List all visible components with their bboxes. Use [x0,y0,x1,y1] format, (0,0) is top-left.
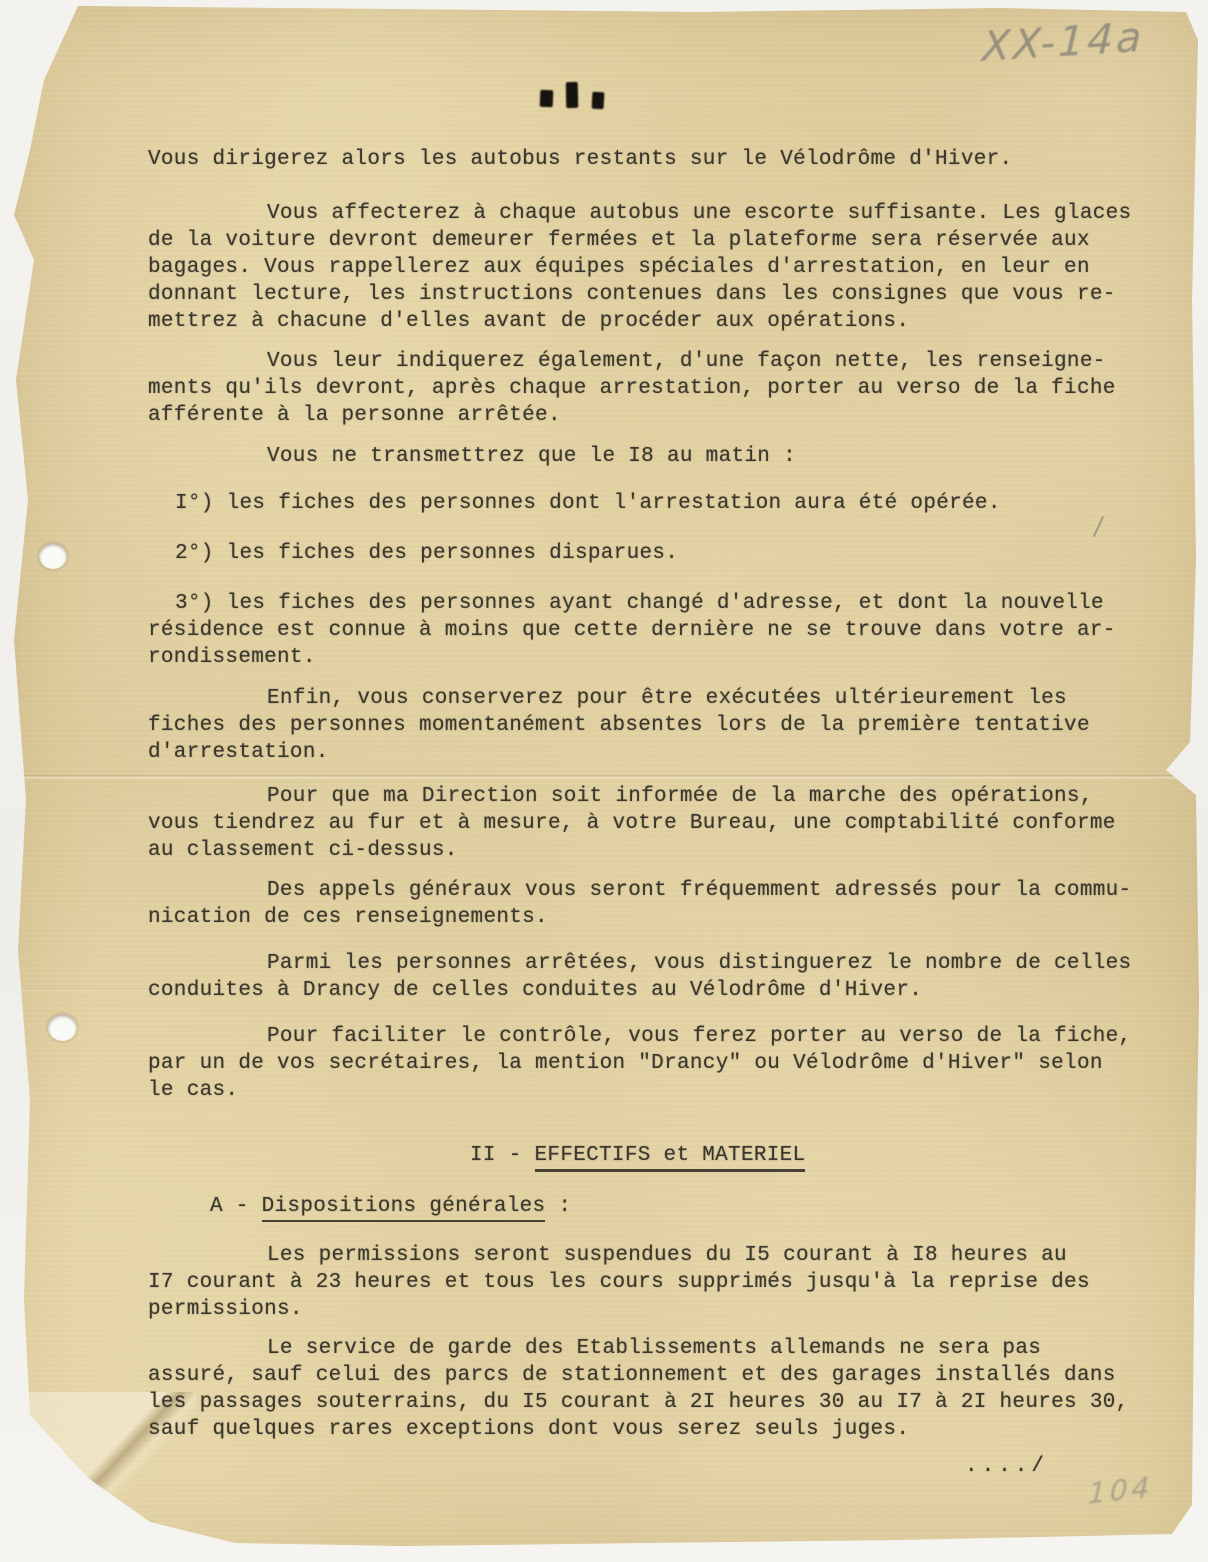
paragraph: Vous affecterez à chaque autobus une esc… [148,200,1158,335]
text-line: Parmi les personnes arrêtées, vous disti… [148,950,1158,977]
text-line: donnant lecture, les instructions conten… [148,281,1158,308]
ink-stamp-marks [538,82,618,116]
list-item: I°) les fiches des personnes dont l'arre… [148,490,1158,517]
text-line: Les permissions seront suspendues du I5 … [148,1242,1158,1269]
text-line: résidence est connue à moins que cette d… [148,617,1158,644]
paragraph: Le service de garde des Etablissements a… [148,1335,1158,1443]
continuation-mark: ..../ [148,1453,1158,1480]
text-line: mettrez à chacune d'elles avant de procé… [148,308,1158,335]
text-line: permissions. [148,1296,1158,1323]
heading-text: A - [210,1195,262,1218]
text-line: bagages. Vous rappellerez aux équipes sp… [148,254,1158,281]
text-line: les passages souterrains, du I5 courant … [148,1389,1158,1416]
text-line: d'arrestation. [148,739,1158,766]
text-line: Pour faciliter le contrôle, vous ferez p… [148,1023,1158,1050]
text-line: fiches des personnes momentanément absen… [148,712,1158,739]
text-line: afférente à la personne arrêtée. [148,402,1158,429]
text-line: de la voiture devront demeurer fermées e… [148,227,1158,254]
text-line: assuré, sauf celui des parcs de stationn… [148,1362,1158,1389]
text-line: Vous affecterez à chaque autobus une esc… [148,200,1158,227]
paragraph: Vous leur indiquerez également, d'une fa… [148,348,1158,429]
text-line: au classement ci-dessus. [148,837,1158,864]
paragraph: Les permissions seront suspendues du I5 … [148,1242,1158,1323]
list-item: 2°) les fiches des personnes disparues. [148,540,1158,567]
paragraph: Pour faciliter le contrôle, vous ferez p… [148,1023,1158,1104]
section-heading: II - EFFECTIFS et MATERIEL [148,1142,1158,1169]
text-line: le cas. [148,1077,1158,1104]
heading-underlined-text: Dispositions générales [262,1195,546,1222]
document-page: XX-14a / 104 Vous dirigerez alors les au… [0,0,1208,1562]
text-line: ments qu'ils devront, après chaque arres… [148,375,1158,402]
text-line: I°) les fiches des personnes dont l'arre… [148,490,1158,517]
paragraph: Parmi les personnes arrêtées, vous disti… [148,950,1158,1004]
text-line: rondissement. [148,644,1158,671]
text-line: Vous dirigerez alors les autobus restant… [148,146,1158,173]
archival-reference: XX-14a [981,13,1145,71]
text-line: I7 courant à 23 heures et tous les cours… [148,1269,1158,1296]
text-line: Vous leur indiquerez également, d'une fa… [148,348,1158,375]
heading-underlined-text: EFFECTIFS et MATERIEL [535,1144,806,1172]
text-line: ..../ [965,1453,1158,1480]
text-line: nication de ces renseignements. [148,904,1158,931]
text-line: Des appels généraux vous seront fréquemm… [148,877,1158,904]
text-line: conduites à Drancy de celles conduites a… [148,977,1158,1004]
text-line: Le service de garde des Etablissements a… [148,1335,1158,1362]
text-line: 3°) les fiches des personnes ayant chang… [148,590,1158,617]
paragraph: Vous ne transmettrez que le I8 au matin … [148,443,1158,470]
punch-hole-top [39,543,67,569]
heading-text: : [545,1195,571,1218]
typewritten-text-body: Vous dirigerez alors les autobus restant… [148,146,1158,1480]
text-line: Vous ne transmettrez que le I8 au matin … [148,443,1158,470]
text-line: Pour que ma Direction soit informée de l… [148,783,1158,810]
paragraph: Des appels généraux vous seront fréquemm… [148,877,1158,931]
heading-text: II - [470,1144,535,1167]
punch-hole-bottom [48,1014,77,1041]
subsection-heading: A - Dispositions générales : [148,1193,1158,1220]
text-line: vous tiendrez au fur et à mesure, à votr… [148,810,1158,837]
text-line: par un de vos secrétaires, la mention "D… [148,1050,1158,1077]
paragraph: Enfin, vous conserverez pour être exécut… [148,685,1158,766]
paragraph: Pour que ma Direction soit informée de l… [148,783,1158,864]
paragraph: Vous dirigerez alors les autobus restant… [148,146,1158,173]
text-line: sauf quelques rares exceptions dont vous… [148,1416,1158,1443]
text-line: 2°) les fiches des personnes disparues. [148,540,1158,567]
scan-background: XX-14a / 104 Vous dirigerez alors les au… [0,0,1208,1562]
list-item: 3°) les fiches des personnes ayant chang… [148,590,1158,671]
text-line: Enfin, vous conserverez pour être exécut… [148,685,1158,712]
